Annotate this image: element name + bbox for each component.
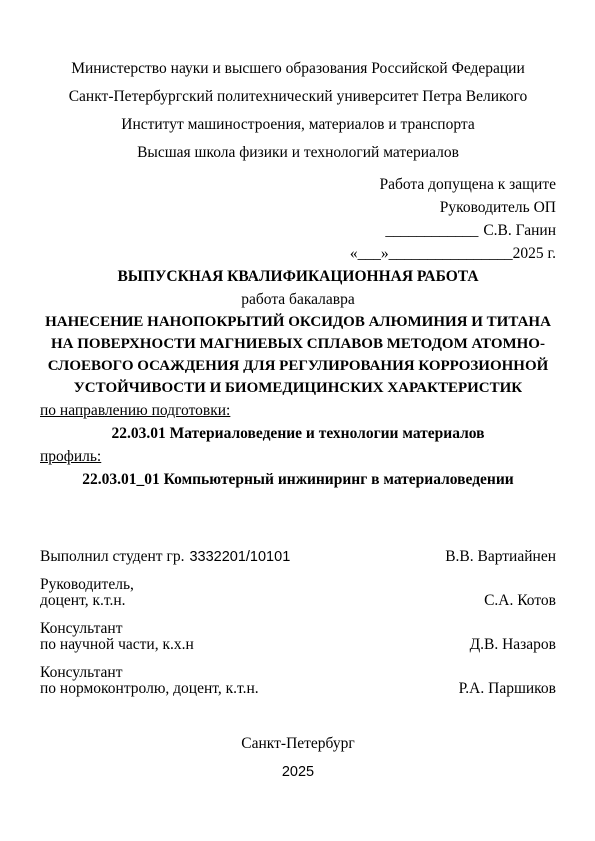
year-line: 2025 <box>40 761 556 783</box>
supervisor-role-line1: Руководитель, <box>40 577 134 593</box>
profile-label: профиль: <box>40 445 556 468</box>
normcontrol-consultant-label: Консультант по нормоконтролю, доцент, к.… <box>40 665 259 697</box>
work-subtype-line: работа бакалавра <box>40 289 556 311</box>
signature-rows: Выполнил студент гр.3332201/10101 В.В. В… <box>40 549 556 697</box>
science-consultant-role-line1: Консультант <box>40 621 194 637</box>
science-consultant-label: Консультант по научной части, к.х.н <box>40 621 194 653</box>
thesis-title: НАНЕСЕНИЕ НАНОПОКРЫТИЙ ОКСИДОВ АЛЮМИНИЯ … <box>40 311 556 399</box>
footer-block: Санкт-Петербург 2025 <box>40 733 556 783</box>
signature-blank: ____________ <box>385 222 478 239</box>
direction-label: по направлению подготовки: <box>40 399 556 422</box>
thesis-title-line: НА ПОВЕРХНОСТИ МАГНИЕВЫХ СПЛАВОВ МЕТОДОМ… <box>40 333 556 355</box>
institute-line: Институт машиностроения, материалов и тр… <box>40 111 556 139</box>
normcontrol-consultant-row: Консультант по нормоконтролю, доцент, к.… <box>40 665 556 697</box>
supervisor-role-line2: доцент, к.т.н. <box>40 593 134 609</box>
approval-block: Работа допущена к защите Руководитель ОП… <box>40 173 556 265</box>
thesis-title-line: НАНЕСЕНИЕ НАНОПОКРЫТИЙ ОКСИДОВ АЛЮМИНИЯ … <box>40 311 556 333</box>
signature-line: ____________С.В. Ганин <box>40 219 556 242</box>
institution-header: Министерство науки и высшего образования… <box>40 55 556 167</box>
ministry-line: Министерство науки и высшего образования… <box>40 55 556 83</box>
normcontrol-consultant-name: Р.А. Паршиков <box>459 681 556 697</box>
science-consultant-row: Консультант по научной части, к.х.н Д.В.… <box>40 621 556 653</box>
admitted-to-defense-line: Работа допущена к защите <box>40 173 556 196</box>
supervisor-label: Руководитель, доцент, к.т.н. <box>40 577 134 609</box>
university-line: Санкт-Петербургский политехнический унив… <box>40 83 556 111</box>
student-label: Выполнил студент гр.3332201/10101 <box>40 549 290 565</box>
thesis-title-line: УСТОЙЧИВОСТИ И БИОМЕДИЦИНСКИХ ХАРАКТЕРИС… <box>40 377 556 399</box>
city-line: Санкт-Петербург <box>40 733 556 755</box>
program-head-role-line: Руководитель ОП <box>40 196 556 219</box>
supervisor-name: С.А. Котов <box>484 593 556 609</box>
direction-value: 22.03.01 Материаловедение и технологии м… <box>40 422 556 445</box>
student-group-number: 3332201/10101 <box>189 549 290 565</box>
date-line: «___»________________2025 г. <box>40 242 556 265</box>
science-consultant-role-line2: по научной части, к.х.н <box>40 637 194 653</box>
student-name: В.В. Вартиайнен <box>445 549 556 565</box>
school-line: Высшая школа физики и технологий материа… <box>40 139 556 167</box>
thesis-title-line: СЛОЕВОГО ОСАЖДЕНИЯ ДЛЯ РЕГУЛИРОВАНИЯ КОР… <box>40 355 556 377</box>
student-row: Выполнил студент гр.3332201/10101 В.В. В… <box>40 549 556 565</box>
profile-value: 22.03.01_01 Компьютерный инжиниринг в ма… <box>40 468 556 491</box>
student-label-text: Выполнил студент гр. <box>40 548 184 565</box>
program-head-name: С.В. Ганин <box>483 222 556 239</box>
thesis-title-page: Министерство науки и высшего образования… <box>0 0 595 841</box>
normcontrol-consultant-role-line1: Консультант <box>40 665 259 681</box>
normcontrol-consultant-role-line2: по нормоконтролю, доцент, к.т.н. <box>40 681 259 697</box>
work-type-heading: ВЫПУСКНАЯ КВАЛИФИКАЦИОННАЯ РАБОТА <box>40 265 556 289</box>
science-consultant-name: Д.В. Назаров <box>470 637 556 653</box>
supervisor-row: Руководитель, доцент, к.т.н. С.А. Котов <box>40 577 556 609</box>
